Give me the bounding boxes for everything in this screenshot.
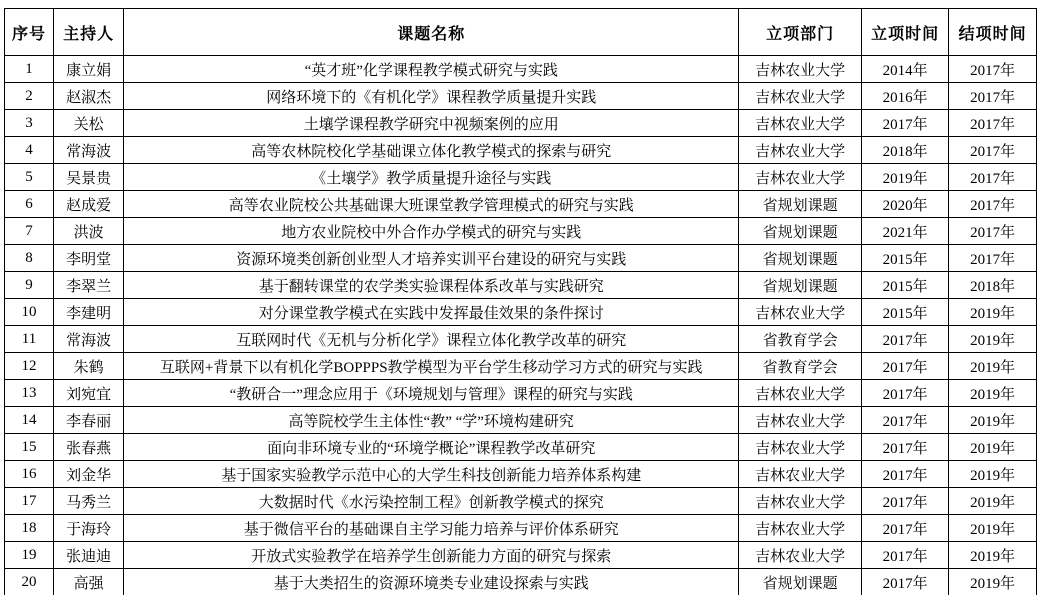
table-row: 3关松土壤学课程教学研究中视频案例的应用吉林农业大学2017年2017年 <box>5 110 1037 137</box>
cell-index: 6 <box>5 191 54 218</box>
cell-end_year: 2019年 <box>949 299 1037 326</box>
table-row: 4常海波高等农林院校化学基础课立体化教学模式的探索与研究吉林农业大学2018年2… <box>5 137 1037 164</box>
cell-index: 1 <box>5 56 54 83</box>
cell-end_year: 2019年 <box>949 434 1037 461</box>
cell-index: 10 <box>5 299 54 326</box>
cell-index: 5 <box>5 164 54 191</box>
table-row: 13刘宛宜“教研合一”理念应用于《环境规划与管理》课程的研究与实践吉林农业大学2… <box>5 380 1037 407</box>
cell-department: 省规划课题 <box>739 569 862 595</box>
cell-title: 基于翻转课堂的农学类实验课程体系改革与实践研究 <box>124 272 739 299</box>
cell-start_year: 2017年 <box>862 380 949 407</box>
table-row: 14李春丽高等院校学生主体性“教” “学”环境构建研究吉林农业大学2017年20… <box>5 407 1037 434</box>
cell-end_year: 2017年 <box>949 191 1037 218</box>
cell-host: 康立娟 <box>54 56 124 83</box>
cell-start_year: 2015年 <box>862 299 949 326</box>
cell-host: 刘宛宜 <box>54 380 124 407</box>
cell-start_year: 2017年 <box>862 326 949 353</box>
cell-end_year: 2018年 <box>949 272 1037 299</box>
cell-department: 省规划课题 <box>739 191 862 218</box>
table-body: 1康立娟“英才班”化学课程教学模式研究与实践吉林农业大学2014年2017年2赵… <box>5 56 1037 595</box>
cell-title: 网络环境下的《有机化学》课程教学质量提升实践 <box>124 83 739 110</box>
document-page: 序号主持人课题名称立项部门立项时间结项时间 1康立娟“英才班”化学课程教学模式研… <box>0 0 1045 595</box>
cell-title: 基于大类招生的资源环境类专业建设探索与实践 <box>124 569 739 595</box>
cell-start_year: 2014年 <box>862 56 949 83</box>
cell-host: 李建明 <box>54 299 124 326</box>
table-row: 7洪波地方农业院校中外合作办学模式的研究与实践省规划课题2021年2017年 <box>5 218 1037 245</box>
cell-title: 地方农业院校中外合作办学模式的研究与实践 <box>124 218 739 245</box>
cell-title: 基于国家实验教学示范中心的大学生科技创新能力培养体系构建 <box>124 461 739 488</box>
cell-department: 省规划课题 <box>739 272 862 299</box>
cell-host: 高强 <box>54 569 124 595</box>
table-row: 19张迪迪开放式实验教学在培养学生创新能力方面的研究与探索吉林农业大学2017年… <box>5 542 1037 569</box>
cell-end_year: 2019年 <box>949 515 1037 542</box>
cell-host: 李春丽 <box>54 407 124 434</box>
header-row: 序号主持人课题名称立项部门立项时间结项时间 <box>5 9 1037 56</box>
table-row: 2赵淑杰网络环境下的《有机化学》课程教学质量提升实践吉林农业大学2016年201… <box>5 83 1037 110</box>
cell-end_year: 2019年 <box>949 380 1037 407</box>
cell-department: 吉林农业大学 <box>739 83 862 110</box>
cell-index: 14 <box>5 407 54 434</box>
cell-index: 15 <box>5 434 54 461</box>
cell-host: 吴景贵 <box>54 164 124 191</box>
cell-index: 7 <box>5 218 54 245</box>
cell-end_year: 2017年 <box>949 164 1037 191</box>
cell-department: 吉林农业大学 <box>739 407 862 434</box>
cell-host: 马秀兰 <box>54 488 124 515</box>
cell-start_year: 2021年 <box>862 218 949 245</box>
cell-start_year: 2015年 <box>862 245 949 272</box>
cell-department: 吉林农业大学 <box>739 56 862 83</box>
cell-title: 资源环境类创新创业型人才培养实训平台建设的研究与实践 <box>124 245 739 272</box>
cell-end_year: 2019年 <box>949 488 1037 515</box>
column-header-department: 立项部门 <box>739 9 862 56</box>
cell-start_year: 2018年 <box>862 137 949 164</box>
cell-end_year: 2019年 <box>949 542 1037 569</box>
cell-department: 省教育学会 <box>739 326 862 353</box>
cell-start_year: 2015年 <box>862 272 949 299</box>
cell-title: 开放式实验教学在培养学生创新能力方面的研究与探索 <box>124 542 739 569</box>
cell-end_year: 2019年 <box>949 461 1037 488</box>
table-row: 15张春燕面向非环境专业的“环境学概论”课程教学改革研究吉林农业大学2017年2… <box>5 434 1037 461</box>
cell-index: 8 <box>5 245 54 272</box>
cell-department: 吉林农业大学 <box>739 488 862 515</box>
cell-index: 18 <box>5 515 54 542</box>
cell-index: 19 <box>5 542 54 569</box>
cell-end_year: 2019年 <box>949 407 1037 434</box>
cell-index: 11 <box>5 326 54 353</box>
table-row: 8李明堂资源环境类创新创业型人才培养实训平台建设的研究与实践省规划课题2015年… <box>5 245 1037 272</box>
cell-department: 吉林农业大学 <box>739 164 862 191</box>
cell-host: 李翠兰 <box>54 272 124 299</box>
cell-host: 常海波 <box>54 326 124 353</box>
cell-end_year: 2017年 <box>949 137 1037 164</box>
cell-title: 高等院校学生主体性“教” “学”环境构建研究 <box>124 407 739 434</box>
cell-start_year: 2017年 <box>862 515 949 542</box>
cell-start_year: 2017年 <box>862 488 949 515</box>
cell-title: 高等农林院校化学基础课立体化教学模式的探索与研究 <box>124 137 739 164</box>
cell-start_year: 2017年 <box>862 407 949 434</box>
cell-department: 吉林农业大学 <box>739 515 862 542</box>
table-row: 12朱鹤互联网+背景下以有机化学BOPPPS教学模型为平台学生移动学习方式的研究… <box>5 353 1037 380</box>
cell-department: 吉林农业大学 <box>739 434 862 461</box>
cell-start_year: 2020年 <box>862 191 949 218</box>
cell-end_year: 2017年 <box>949 56 1037 83</box>
cell-start_year: 2017年 <box>862 353 949 380</box>
cell-end_year: 2017年 <box>949 218 1037 245</box>
cell-index: 12 <box>5 353 54 380</box>
cell-title: 互联网+背景下以有机化学BOPPPS教学模型为平台学生移动学习方式的研究与实践 <box>124 353 739 380</box>
cell-start_year: 2016年 <box>862 83 949 110</box>
cell-title: 互联网时代《无机与分析化学》课程立体化教学改革的研究 <box>124 326 739 353</box>
cell-index: 4 <box>5 137 54 164</box>
cell-start_year: 2017年 <box>862 461 949 488</box>
cell-department: 吉林农业大学 <box>739 542 862 569</box>
table-row: 11常海波互联网时代《无机与分析化学》课程立体化教学改革的研究省教育学会2017… <box>5 326 1037 353</box>
cell-index: 20 <box>5 569 54 595</box>
table-row: 20高强基于大类招生的资源环境类专业建设探索与实践省规划课题2017年2019年 <box>5 569 1037 595</box>
cell-title: 高等农业院校公共基础课大班课堂教学管理模式的研究与实践 <box>124 191 739 218</box>
cell-start_year: 2019年 <box>862 164 949 191</box>
column-header-host: 主持人 <box>54 9 124 56</box>
cell-start_year: 2017年 <box>862 110 949 137</box>
cell-host: 洪波 <box>54 218 124 245</box>
cell-end_year: 2017年 <box>949 245 1037 272</box>
cell-host: 朱鹤 <box>54 353 124 380</box>
cell-index: 9 <box>5 272 54 299</box>
cell-department: 吉林农业大学 <box>739 380 862 407</box>
table-row: 9李翠兰基于翻转课堂的农学类实验课程体系改革与实践研究省规划课题2015年201… <box>5 272 1037 299</box>
table-row: 18于海玲基于微信平台的基础课自主学习能力培养与评价体系研究吉林农业大学2017… <box>5 515 1037 542</box>
projects-table: 序号主持人课题名称立项部门立项时间结项时间 1康立娟“英才班”化学课程教学模式研… <box>4 8 1037 595</box>
cell-end_year: 2019年 <box>949 353 1037 380</box>
cell-host: 刘金华 <box>54 461 124 488</box>
table-row: 10李建明对分课堂教学模式在实践中发挥最佳效果的条件探讨吉林农业大学2015年2… <box>5 299 1037 326</box>
cell-host: 常海波 <box>54 137 124 164</box>
table-row: 16刘金华基于国家实验教学示范中心的大学生科技创新能力培养体系构建吉林农业大学2… <box>5 461 1037 488</box>
cell-department: 吉林农业大学 <box>739 110 862 137</box>
cell-index: 17 <box>5 488 54 515</box>
table-row: 5吴景贵《土壤学》教学质量提升途径与实践吉林农业大学2019年2017年 <box>5 164 1037 191</box>
cell-department: 吉林农业大学 <box>739 461 862 488</box>
cell-host: 赵淑杰 <box>54 83 124 110</box>
cell-host: 赵成爱 <box>54 191 124 218</box>
column-header-end_year: 结项时间 <box>949 9 1037 56</box>
cell-index: 16 <box>5 461 54 488</box>
cell-title: 土壤学课程教学研究中视频案例的应用 <box>124 110 739 137</box>
cell-end_year: 2019年 <box>949 569 1037 595</box>
cell-department: 吉林农业大学 <box>739 137 862 164</box>
cell-host: 李明堂 <box>54 245 124 272</box>
cell-host: 张迪迪 <box>54 542 124 569</box>
cell-start_year: 2017年 <box>862 434 949 461</box>
cell-department: 吉林农业大学 <box>739 299 862 326</box>
cell-end_year: 2017年 <box>949 110 1037 137</box>
table-row: 1康立娟“英才班”化学课程教学模式研究与实践吉林农业大学2014年2017年 <box>5 56 1037 83</box>
cell-host: 于海玲 <box>54 515 124 542</box>
cell-start_year: 2017年 <box>862 569 949 595</box>
table-row: 6赵成爱高等农业院校公共基础课大班课堂教学管理模式的研究与实践省规划课题2020… <box>5 191 1037 218</box>
cell-end_year: 2017年 <box>949 83 1037 110</box>
table-row: 17马秀兰大数据时代《水污染控制工程》创新教学模式的探究吉林农业大学2017年2… <box>5 488 1037 515</box>
cell-index: 13 <box>5 380 54 407</box>
cell-title: 面向非环境专业的“环境学概论”课程教学改革研究 <box>124 434 739 461</box>
cell-title: 基于微信平台的基础课自主学习能力培养与评价体系研究 <box>124 515 739 542</box>
cell-end_year: 2019年 <box>949 326 1037 353</box>
column-header-index: 序号 <box>5 9 54 56</box>
cell-title: “英才班”化学课程教学模式研究与实践 <box>124 56 739 83</box>
cell-department: 省教育学会 <box>739 353 862 380</box>
column-header-start_year: 立项时间 <box>862 9 949 56</box>
cell-title: 对分课堂教学模式在实践中发挥最佳效果的条件探讨 <box>124 299 739 326</box>
cell-title: “教研合一”理念应用于《环境规划与管理》课程的研究与实践 <box>124 380 739 407</box>
cell-start_year: 2017年 <box>862 542 949 569</box>
cell-host: 关松 <box>54 110 124 137</box>
cell-index: 2 <box>5 83 54 110</box>
cell-title: 大数据时代《水污染控制工程》创新教学模式的探究 <box>124 488 739 515</box>
cell-index: 3 <box>5 110 54 137</box>
cell-department: 省规划课题 <box>739 245 862 272</box>
cell-department: 省规划课题 <box>739 218 862 245</box>
column-header-title: 课题名称 <box>124 9 739 56</box>
cell-title: 《土壤学》教学质量提升途径与实践 <box>124 164 739 191</box>
cell-host: 张春燕 <box>54 434 124 461</box>
